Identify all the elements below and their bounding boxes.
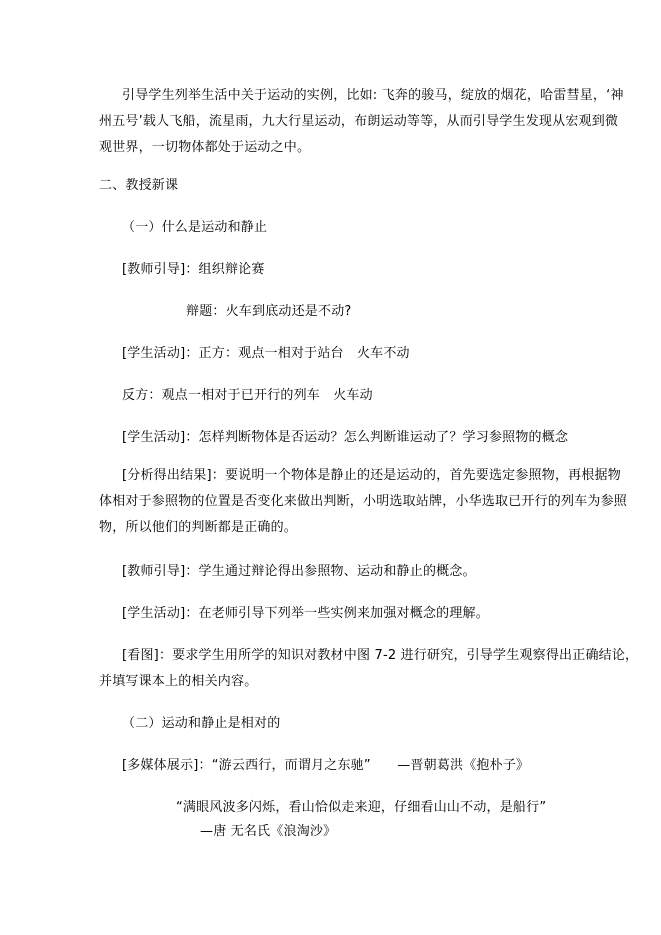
teacher-guide-1: [教师引导]：组织辩论赛 bbox=[122, 262, 265, 278]
poem-quote: “满眼风波多闪烁，看山恰似走来迎，仔细看山山不动，是船行” bbox=[176, 800, 546, 816]
student-activity-2: [学生活动]：怎样判断物体是否运动？怎么判断谁运动了？学习参照物的概念 bbox=[122, 430, 568, 446]
subsection-heading-1: （一）什么是运动和静止 bbox=[122, 220, 267, 236]
analysis-line-3: 物，所以他们的判断都是正确的。 bbox=[99, 520, 297, 536]
look-at-figure-line-1: [看图]：要求学生用所学的知识对教材中图 7-2 进行研究，引导学生观察得出正确… bbox=[122, 648, 638, 664]
look-at-figure-line-2: 并填写课本上的相关内容。 bbox=[99, 674, 257, 690]
student-activity-1: [学生活动]：正方：观点一相对于站台 火车不动 bbox=[122, 346, 410, 362]
teacher-guide-2: [教师引导]：学生通过辩论得出参照物、运动和静止的概念。 bbox=[122, 564, 476, 580]
intro-line-3: 观世界，一切物体都处于运动之中。 bbox=[99, 140, 310, 156]
intro-line-2: 州五号’载人飞船，流星雨，九大行星运动，布朗运动等等，从而引导学生发现从宏观到微 bbox=[99, 114, 618, 130]
subsection-heading-2: （二）运动和静止是相对的 bbox=[122, 716, 280, 732]
intro-line-1: 引导学生列举生活中关于运动的实例，比如: 飞奔的骏马，绽放的烟花，哈雷彗星，‘神 bbox=[122, 88, 624, 104]
section-heading: 二、教授新课 bbox=[99, 178, 178, 194]
multimedia-display: [多媒体展示]：“游云西行，而谓月之东驰” —晋朝葛洪《抱朴子》 bbox=[122, 758, 529, 774]
analysis-line-2: 体相对于参照物的位置是否变化来做出判断，小明选取站牌，小华选取已开行的列车为参照 bbox=[99, 494, 627, 510]
analysis-line-1: [分析得出结果]：要说明一个物体是静止的还是运动的，首先要选定参照物，再根据物 bbox=[122, 468, 621, 484]
opposing-side: 反方：观点一相对于已开行的列车 火车动 bbox=[122, 388, 373, 404]
student-activity-3: [学生活动]：在老师引导下列举一些实例来加强对概念的理解。 bbox=[122, 606, 489, 622]
poem-attribution: —唐 无名氏《浪淘沙》 bbox=[200, 824, 336, 840]
debate-topic: 辩题：火车到底动还是不动? bbox=[186, 304, 352, 320]
